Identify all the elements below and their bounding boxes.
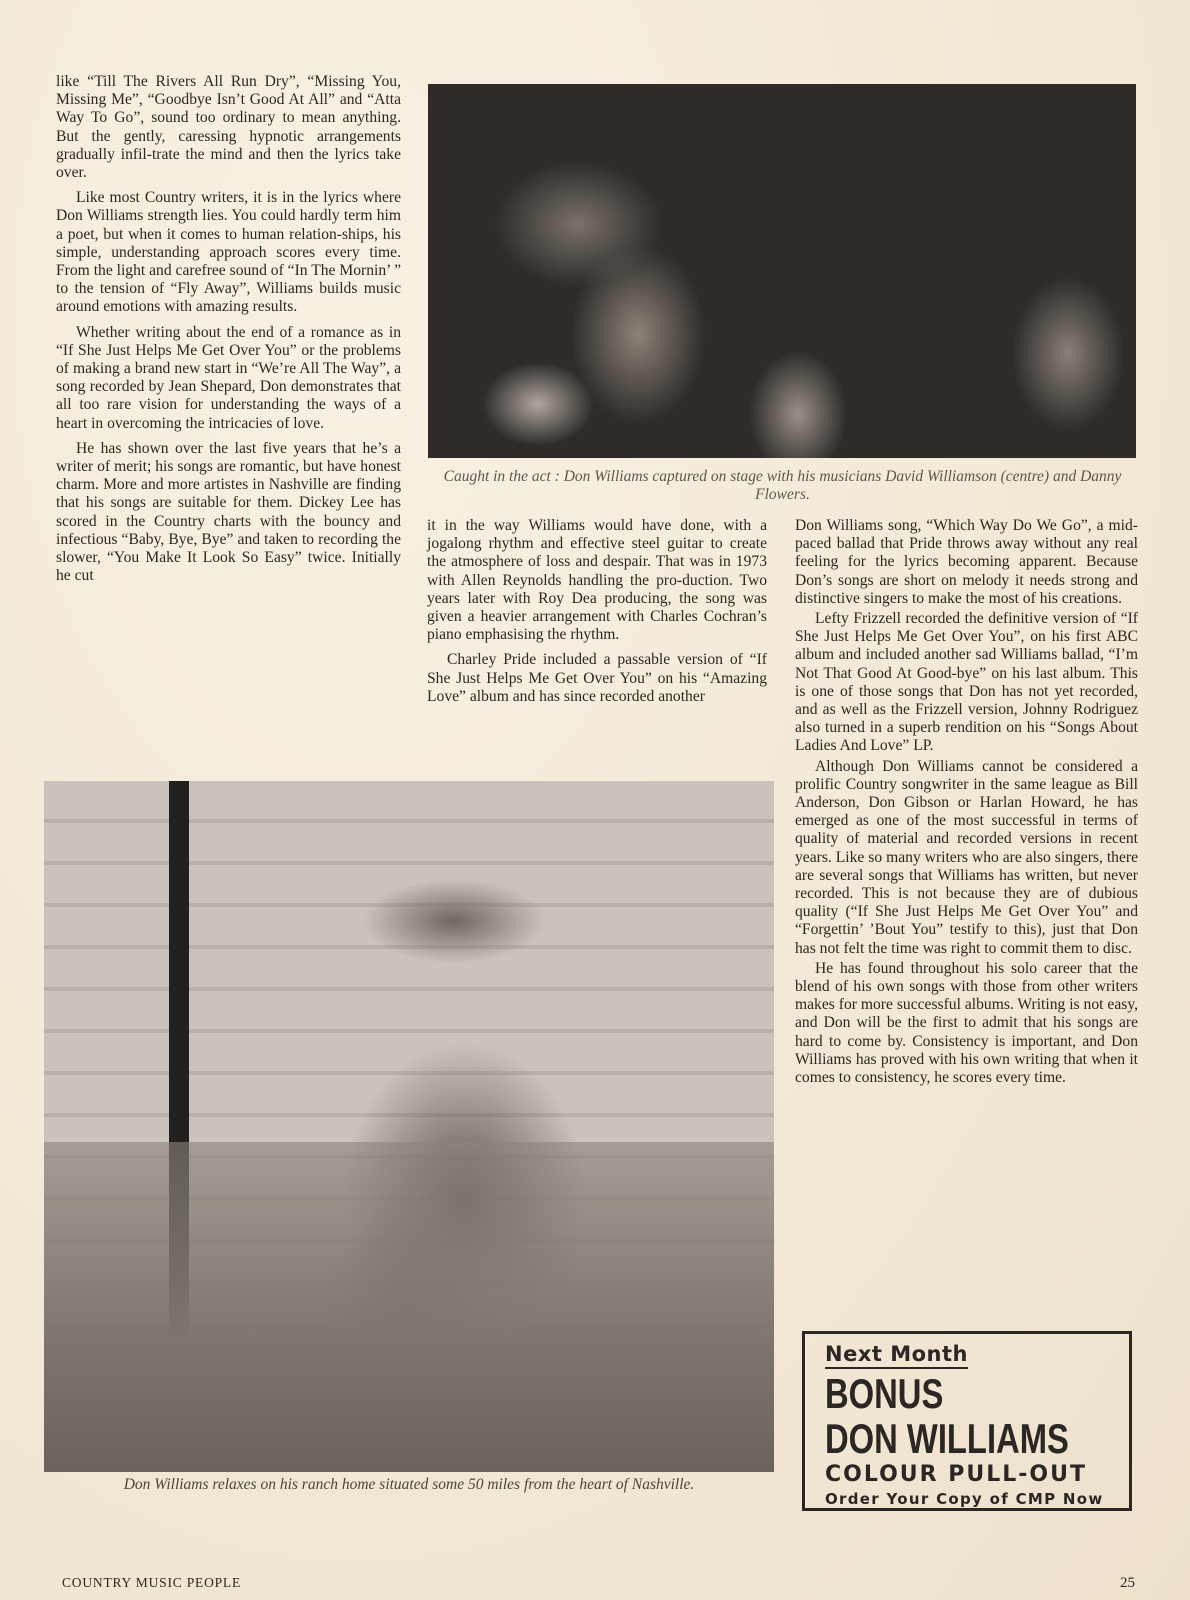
footer-publication: COUNTRY MUSIC PEOPLE [62, 1575, 241, 1591]
promo-next-month: Next Month [825, 1342, 968, 1369]
photo-caption-stage: Caught in the act : Don Williams capture… [430, 468, 1135, 504]
paragraph: He has found throughout his solo career … [795, 960, 1138, 1087]
paragraph: Lefty Frizzell recorded the definitive v… [795, 610, 1138, 756]
article-column-left: like “Till The Rivers All Run Dry”, “Mis… [56, 73, 401, 585]
photo-caption-ranch: Don Williams relaxes on his ranch home s… [44, 1476, 774, 1494]
promo-artist-name: DON WILLIAMS [825, 1417, 1050, 1461]
promo-bonus: BONUS [825, 1371, 1050, 1417]
paragraph: it in the way Williams would have done, … [427, 517, 767, 644]
paragraph: like “Till The Rivers All Run Dry”, “Mis… [56, 73, 401, 182]
paragraph: Like most Country writers, it is in the … [56, 189, 401, 316]
paragraph: He has shown over the last five years th… [56, 440, 401, 586]
paragraph: Although Don Williams cannot be consider… [795, 758, 1138, 958]
photo-ground-area [44, 1142, 774, 1472]
promo-colour-pullout: COLOUR PULL-OUT [825, 1461, 1113, 1489]
paragraph: Don Williams song, “Which Way Do We Go”,… [795, 517, 1138, 608]
photo-ranch-guitar [44, 781, 774, 1472]
paragraph: Whether writing about the end of a roman… [56, 324, 401, 433]
article-column-right: Don Williams song, “Which Way Do We Go”,… [795, 517, 1138, 1087]
article-column-middle: it in the way Williams would have done, … [427, 517, 767, 706]
photo-stage-musicians [428, 84, 1136, 458]
page-number: 25 [1120, 1575, 1135, 1592]
next-month-promo-box: Next Month BONUS DON WILLIAMS COLOUR PUL… [802, 1331, 1132, 1511]
promo-order-line: Order Your Copy of CMP Now [825, 1489, 1113, 1509]
paragraph: Charley Pride included a passable versio… [427, 651, 767, 706]
